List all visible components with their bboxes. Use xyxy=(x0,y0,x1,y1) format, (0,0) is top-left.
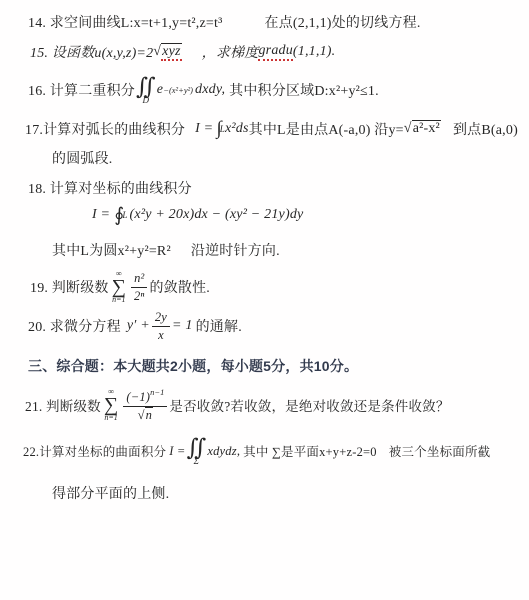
sqrt-expression: √xyz xyxy=(153,44,181,60)
equation-lhs: I = xyxy=(92,207,110,223)
sum-sign: ∑ xyxy=(112,277,126,297)
question-15: 15. 设函数u(x,y,z)=2 √xyz ，求梯度 gradu (1,1,1… xyxy=(30,42,335,62)
gradu-spellcheck: gradu xyxy=(258,43,292,61)
integral-path: L xyxy=(122,210,127,220)
question-16-tail: 其中积分区域D:x²+y²≤1. xyxy=(229,80,379,100)
fraction-denominator: √n xyxy=(138,407,154,422)
integrand: (x²y + 20x)dx − (xy² − 21y)dy xyxy=(130,207,304,223)
question-22: 22.计算对坐标的曲面积分 I = ∬Σ xdydz, 其中 ∑是平面x+y+z… xyxy=(23,430,490,472)
numerator-exponent: n−1 xyxy=(150,387,164,397)
fraction: (−1)n−1√n xyxy=(123,388,167,422)
fraction-numerator: (−1)n−1 xyxy=(123,388,167,406)
fraction-numerator: n² xyxy=(131,271,147,287)
question-17-tail: 到点B(a,0) xyxy=(453,119,518,139)
sqrt-expression: √a²-x² xyxy=(404,121,441,137)
question-18-line3b: 沿逆时针方向. xyxy=(191,240,280,260)
numerator-base: (−1) xyxy=(126,390,150,404)
radicand: a²-x² xyxy=(412,120,441,136)
sum-sign: ∑ xyxy=(104,395,118,415)
radicand-spellcheck: xyz xyxy=(161,43,181,61)
question-17-continuation: 的圆弧段. xyxy=(52,149,113,167)
question-20-text: 20. 求微分方程 xyxy=(28,316,121,336)
section-title: 三、综合题：本大题共2小题，每小题5分，共10分。 xyxy=(28,356,358,376)
question-19-text: 19. 判断级数 xyxy=(30,277,109,297)
question-14-tail: 在点(2,1,1)处的切线方程. xyxy=(265,12,421,32)
question-17-text: 17.计算对弧长的曲线积分 xyxy=(25,119,185,139)
question-22-line2: 得部分平面的上侧. xyxy=(52,483,169,503)
question-18-line3a: 其中L为圆x²+y²=R² xyxy=(52,240,171,260)
question-21-tail: 是否收敛?若收敛，是绝对收敛还是条件收敛？ xyxy=(169,395,449,415)
question-18-formula: I = ∮L (x²y + 20x)dx − (xy² − 21y)dy xyxy=(92,200,303,230)
fraction-denominator: 2ⁿ xyxy=(134,288,145,303)
integrand: x²ds xyxy=(225,121,249,137)
question-18: 18. 计算对坐标的曲线积分 xyxy=(28,179,192,197)
question-22-mid: 其中 ∑是平面x+y+z-2=0 xyxy=(243,442,377,460)
question-21-text: 21. 判断级数 xyxy=(25,395,101,415)
question-17-line2: 的圆弧段. xyxy=(52,148,113,168)
radical-sign: √ xyxy=(138,408,145,422)
surface-integral: ∬Σ xyxy=(187,436,207,466)
section-header: 三、综合题：本大题共2小题，每小题5分，共10分。 xyxy=(28,357,358,375)
question-18-condition: 其中L为圆x²+y²=R² 沿逆时针方向. xyxy=(52,241,280,259)
question-16-text: 16. 计算二重积分 xyxy=(28,80,135,100)
fraction: n²2ⁿ xyxy=(131,271,147,303)
question-21: 21. 判断级数 ∞∑n=1 (−1)n−1√n 是否收敛?若收敛，是绝对收敛还… xyxy=(25,385,450,425)
integral-domain: D xyxy=(143,96,150,105)
document-page: 14. 求空间曲线L:x=t+1,y=t²,z=t³ 在点(2,1,1)处的切线… xyxy=(0,0,529,600)
question-19: 19. 判断级数 ∞∑n=1 n²2ⁿ 的敛散性. xyxy=(30,268,210,306)
integrand: xdydz, xyxy=(207,444,240,459)
question-19-tail: 的敛散性. xyxy=(149,277,210,297)
equation-lhs: I = xyxy=(169,444,185,459)
question-15-tail: (1,1,1). xyxy=(293,44,335,60)
question-20-tail: 的通解. xyxy=(196,316,242,336)
question-17: 17.计算对弧长的曲线积分 I = ∫L x²ds 其中L是由点A(-a,0) … xyxy=(25,114,518,144)
question-16: 16. 计算二重积分 ∬D e−(x²+y²) dxdy, 其中积分区域D:x²… xyxy=(28,74,379,106)
integrand-differential: dxdy, xyxy=(195,82,225,98)
question-15-text: 15. 设函数u(x,y,z)=2 xyxy=(30,42,153,62)
integrand-exponent: −(x²+y²) xyxy=(163,85,193,95)
question-14: 14. 求空间曲线L:x=t+1,y=t²,z=t³ 在点(2,1,1)处的切线… xyxy=(28,12,421,32)
question-17-mid: 其中L是由点A(-a,0) 沿y= xyxy=(249,119,404,139)
equation-lhs: I = xyxy=(195,121,213,137)
fraction-denominator: x xyxy=(158,327,164,342)
sqrt-expression: √n xyxy=(138,407,154,422)
integral-surface: Σ xyxy=(194,457,200,466)
summation: ∞∑n=1 xyxy=(104,388,118,422)
double-integral: ∬D xyxy=(136,75,156,105)
radicand: n xyxy=(145,407,153,422)
question-14-text: 14. 求空间曲线L:x=t+1,y=t²,z=t³ xyxy=(28,12,223,32)
question-15-mid: ，求梯度 xyxy=(202,42,259,62)
question-20: 20. 求微分方程 y′ + 2yx = 1 的通解. xyxy=(28,310,242,342)
summation: ∞∑n=1 xyxy=(112,270,126,304)
fraction-numerator: 2y xyxy=(152,310,170,326)
equation-lhs: y′ + xyxy=(127,318,150,334)
radical-sign: √ xyxy=(153,44,161,59)
radical-sign: √ xyxy=(404,121,412,136)
question-22-continuation: 得部分平面的上侧. xyxy=(52,484,169,502)
sum-lower-limit: n=1 xyxy=(112,296,125,304)
question-22-tail: 被三个坐标面所截 xyxy=(389,442,491,460)
fraction: 2yx xyxy=(152,310,170,342)
question-18-text: 18. 计算对坐标的曲线积分 xyxy=(28,178,192,198)
question-22-text: 22.计算对坐标的曲面积分 xyxy=(23,442,166,460)
equation-rhs: = 1 xyxy=(172,318,193,334)
sum-lower-limit: n=1 xyxy=(104,414,117,422)
